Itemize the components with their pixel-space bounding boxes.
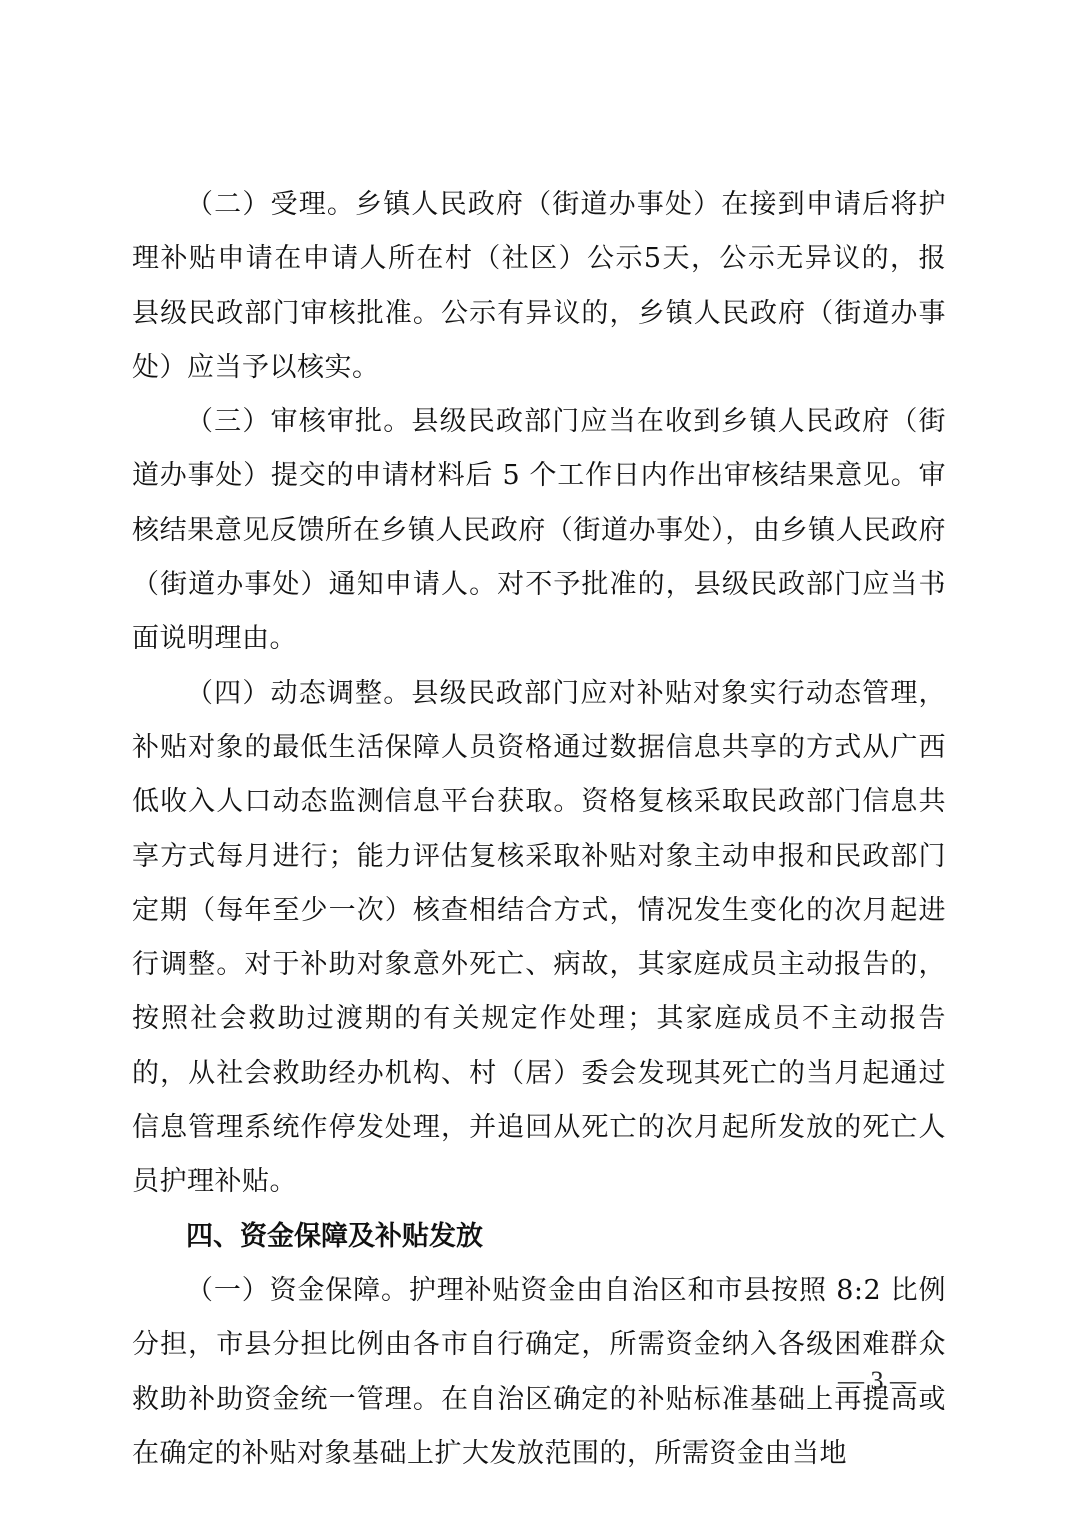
section-heading: 四、资金保障及补贴发放 [132,1210,946,1264]
paragraph-dynamic-adjustment: （四）动态调整。县级民政部门应对补贴对象实行动态管理，补贴对象的最低生活保障人员… [132,667,946,1210]
document-page: （二）受理。乡镇人民政府（街道办事处）在接到申请后将护理补贴申请在申请人所在村（… [132,178,946,1481]
paragraph-lead: （四）动态调整。 [186,678,411,709]
paragraph-lead: （三）审核审批。 [186,406,411,437]
paragraph-text: 县级民政部门应当在收到乡镇人民政府（街道办事处）提交的申请材料后 5 个工作日内… [132,406,946,654]
page-number: — 3 — [838,1366,916,1396]
paragraph-lead: （二）受理。 [186,189,355,220]
paragraph-review-approval: （三）审核审批。县级民政部门应当在收到乡镇人民政府（街道办事处）提交的申请材料后… [132,395,946,666]
paragraph-text: 县级民政部门应对补贴对象实行动态管理，补贴对象的最低生活保障人员资格通过数据信息… [132,678,946,1198]
paragraph-lead: （一）资金保障。 [186,1275,409,1306]
paragraph-acceptance: （二）受理。乡镇人民政府（街道办事处）在接到申请后将护理补贴申请在申请人所在村（… [132,178,946,395]
paragraph-funding-guarantee: （一）资金保障。护理补贴资金由自治区和市县按照 8:2 比例分担，市县分担比例由… [132,1264,946,1481]
